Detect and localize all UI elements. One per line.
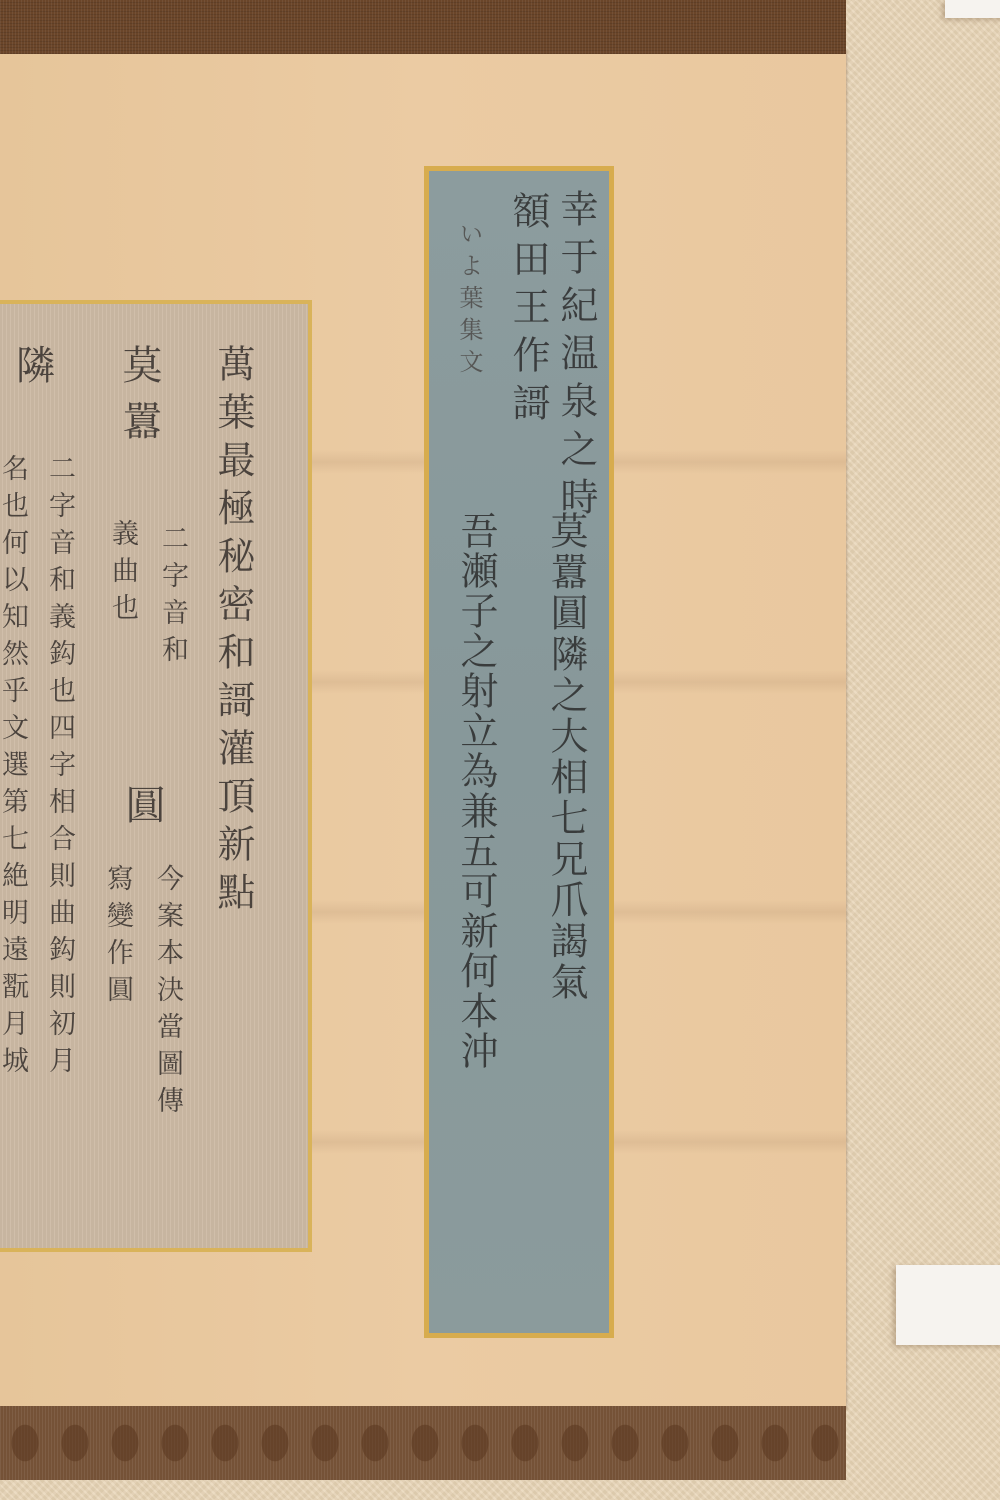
calligraphy-column: 圓 xyxy=(122,784,162,840)
calligraphy-column: 幸于紀温泉之時 xyxy=(557,189,595,525)
calligraphy-column: 二字音和義鈎也四字相合則曲鈎則初月 xyxy=(46,454,73,1083)
calligraphy-column: いよ葉集文 xyxy=(457,221,481,381)
white-support-block-top xyxy=(945,0,1000,18)
calligraphy-column: 莫囂 xyxy=(119,344,159,456)
calligraphy-column: 隣 xyxy=(12,344,52,400)
calligraphy-column: 莫囂圓隣之大相七兄爪謁氣 xyxy=(547,511,585,1003)
calligraphy-column: 今案本決當圖傳 xyxy=(154,864,181,1123)
left-calligraphy-panel: 萬葉最極秘密和謌灌頂新點 莫囂 二字音和 義曲也 圓 今案本決當圖傳 寫變作圓 … xyxy=(0,300,312,1252)
calligraphy-column: 二字音和 xyxy=(159,524,186,672)
calligraphy-column: 吾瀬子之射立為兼五可新何本沖 xyxy=(457,511,495,1071)
blue-calligraphy-strip: 幸于紀温泉之時 額田王作謌 いよ葉集文 莫囂圓隣之大相七兄爪謁氣 吾瀬子之射立為… xyxy=(424,166,614,1338)
white-support-block-bottom xyxy=(896,1265,1000,1345)
calligraphy-column: 萬葉最極秘密和謌灌頂新點 xyxy=(214,344,252,920)
calligraphy-column: 額田王作謌 xyxy=(509,191,547,431)
calligraphy-column: 名也何以知然乎文選第七絶明遠翫月城 xyxy=(0,454,26,1083)
calligraphy-column: 義曲也 xyxy=(109,519,136,630)
top-brocade-band xyxy=(0,0,846,54)
calligraphy-column: 寫變作圓 xyxy=(104,864,131,1012)
bottom-brocade-band xyxy=(0,1406,846,1480)
